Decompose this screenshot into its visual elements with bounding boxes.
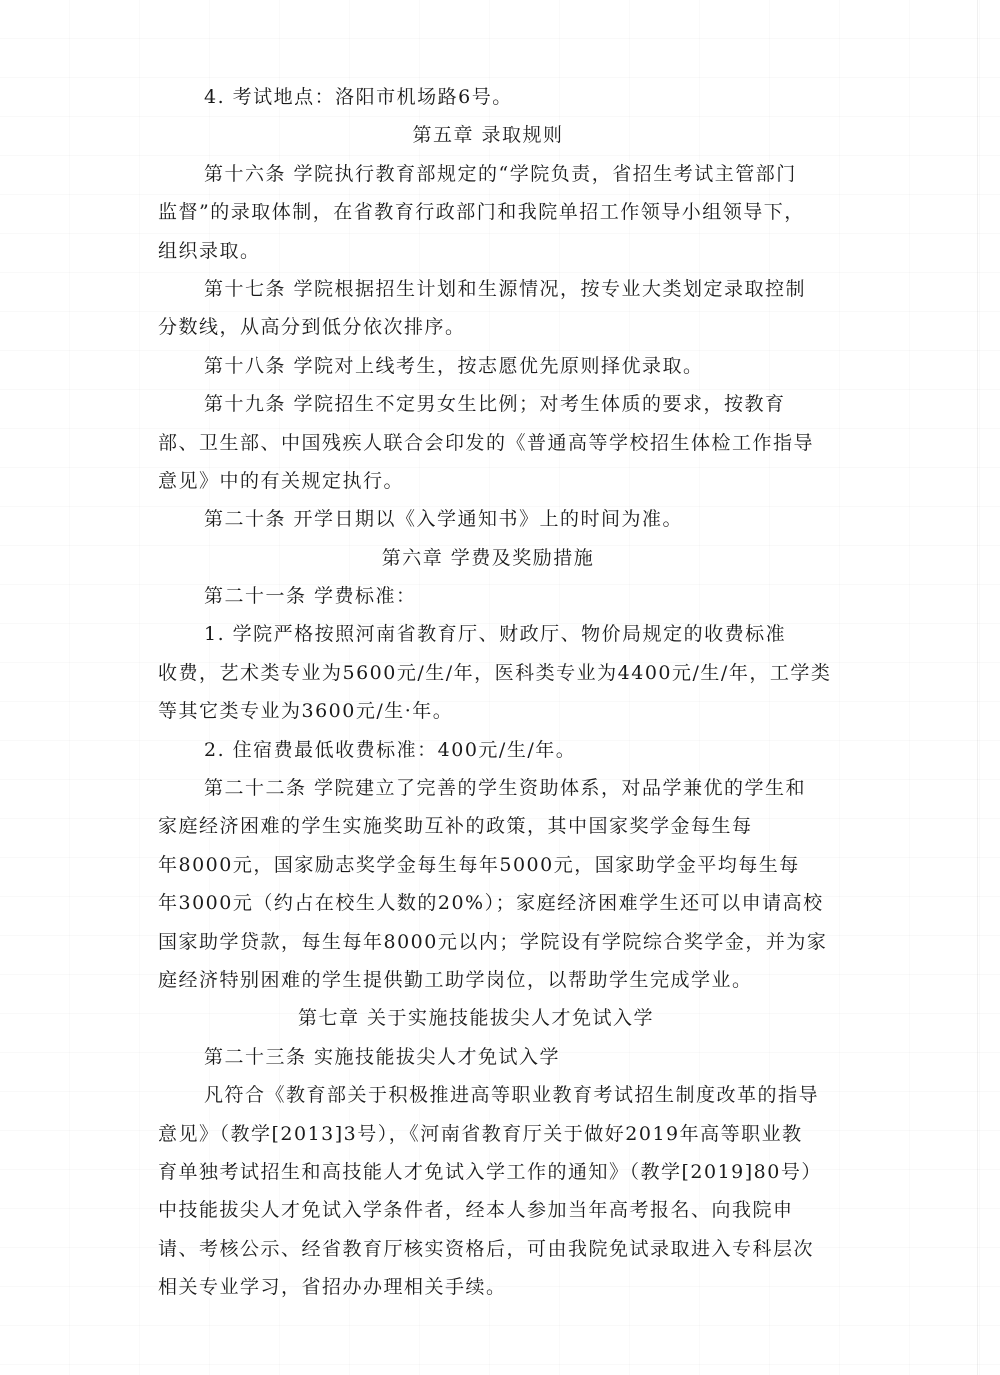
- article-18: 第十八条 学院对上线考生，按志愿优先原则择优录取。: [158, 347, 818, 385]
- document-page: 4. 考试地点：洛阳市机场路6号。 第五章 录取规则 第十六条 学院执行教育部规…: [158, 78, 818, 1307]
- article-22-line-3: 年8000元，国家励志奖学金每生每年5000元，国家助学金平均每生每: [158, 846, 818, 884]
- chapter-6-heading: 第六章 学费及奖励措施: [158, 539, 818, 577]
- article-22-line-6: 庭经济特别困难的学生提供勤工助学岗位，以帮助学生完成学业。: [158, 961, 818, 999]
- scan-edge-line: [977, 0, 978, 1375]
- chapter-5-heading: 第五章 录取规则: [158, 116, 818, 154]
- article-16-line-1: 第十六条 学院执行教育部规定的“学院负责，省招生考试主管部门: [158, 155, 818, 193]
- article-21-item-1-line-2: 收费，艺术类专业为5600元/生/年，医科类专业为4400元/生/年，工学类: [158, 654, 818, 692]
- article-21-item-1-line-3: 等其它类专业为3600元/生·年。: [158, 692, 818, 730]
- article-21-item-1-line-1: 1. 学院严格按照河南省教育厅、财政厅、物价局规定的收费标准: [158, 615, 818, 653]
- article-21-item-2: 2. 住宿费最低收费标准：400元/生/年。: [158, 731, 818, 769]
- article-22-line-5: 国家助学贷款，每生每年8000元以内；学院设有学院综合奖学金，并为家: [158, 923, 818, 961]
- article-16-line-2: 监督”的录取体制，在省教育行政部门和我院单招工作领导小组领导下，: [158, 193, 818, 231]
- article-17-line-1: 第十七条 学院根据招生计划和生源情况，按专业大类划定录取控制: [158, 270, 818, 308]
- article-23-line-6: 相关专业学习，省招办办理相关手续。: [158, 1268, 818, 1306]
- exam-location-item: 4. 考试地点：洛阳市机场路6号。: [158, 78, 818, 116]
- article-23-line-1: 凡符合《教育部关于积极推进高等职业教育考试招生制度改革的指导: [158, 1076, 818, 1114]
- article-23-line-5: 请、考核公示、经省教育厅核实资格后，可由我院免试录取进入专科层次: [158, 1230, 818, 1268]
- article-23-heading: 第二十三条 实施技能拔尖人才免试入学: [158, 1038, 818, 1076]
- article-19-line-3: 意见》中的有关规定执行。: [158, 462, 818, 500]
- article-21-heading: 第二十一条 学费标准：: [158, 577, 818, 615]
- article-19-line-1: 第十九条 学院招生不定男女生比例；对考生体质的要求，按教育: [158, 385, 818, 423]
- chapter-7-heading: 第七章 关于实施技能拔尖人才免试入学: [158, 999, 818, 1037]
- article-22-line-1: 第二十二条 学院建立了完善的学生资助体系，对品学兼优的学生和: [158, 769, 818, 807]
- article-23-line-3: 育单独考试招生和高技能人才免试入学工作的通知》（教学[2019]80号）: [158, 1153, 818, 1191]
- article-22-line-2: 家庭经济困难的学生实施奖助互补的政策，其中国家奖学金每生每: [158, 807, 818, 845]
- article-20: 第二十条 开学日期以《入学通知书》上的时间为准。: [158, 500, 818, 538]
- article-22-line-4: 年3000元（约占在校生人数的20%）；家庭经济困难学生还可以申请高校: [158, 884, 818, 922]
- article-19-line-2: 部、卫生部、中国残疾人联合会印发的《普通高等学校招生体检工作指导: [158, 424, 818, 462]
- article-17-line-2: 分数线，从高分到低分依次排序。: [158, 308, 818, 346]
- article-16-line-3: 组织录取。: [158, 232, 818, 270]
- article-23-line-2: 意见》（教学[2013]3号），《河南省教育厅关于做好2019年高等职业教: [158, 1115, 818, 1153]
- article-23-line-4: 中技能拔尖人才免试入学条件者，经本人参加当年高考报名、向我院申: [158, 1191, 818, 1229]
